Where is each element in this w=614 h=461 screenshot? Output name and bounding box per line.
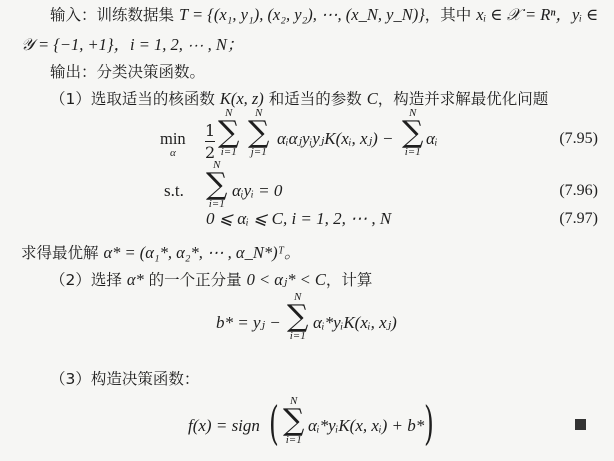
constraint-sum: N ∑ i=1 — [206, 160, 227, 210]
step2-suffix: ，计算 — [326, 271, 373, 289]
solution-line: 求得最优解 α* = (α₁*, α₂*, ⋯ , α_N*)ᵀ。 — [21, 243, 300, 263]
sigma-symbol: ∑ — [287, 299, 308, 334]
sum-lower: j=1 — [248, 147, 269, 158]
left-paren: ( — [269, 400, 279, 446]
min-operator: min α — [160, 129, 186, 157]
sum-lower: i=1 — [283, 435, 304, 446]
input-where: ，其中 — [425, 6, 472, 24]
output-line: 输出：分类决策函数。 — [50, 62, 205, 82]
step1-suffix: ，构造并求解最优化问题 — [378, 90, 549, 108]
bias-lhs: b* = yⱼ − — [216, 313, 281, 333]
bias-sum: N ∑ i=1 — [287, 292, 308, 342]
min-subscript: α — [160, 149, 186, 157]
sigma-symbol: ∑ — [218, 115, 239, 150]
output-label: 输出： — [50, 63, 97, 81]
right-paren: ) — [424, 400, 434, 446]
input-y-domain-start: ，yᵢ ∈ — [556, 5, 599, 24]
min-label: min — [160, 129, 186, 148]
objective-terms: αᵢαⱼyᵢyⱼK(xᵢ, xⱼ) − — [277, 129, 393, 149]
equation-number: (7.97) — [559, 210, 598, 228]
sum-lower: i=1 — [287, 331, 308, 342]
fraction-numerator: 1 — [205, 121, 215, 140]
step2-prefix: （2）选择 — [50, 271, 122, 289]
decision-lhs: f(x) = sign — [188, 416, 260, 436]
input-text: 训练数据集 — [97, 6, 175, 24]
input-x-domain: xᵢ ∈ 𝒳 = Rⁿ — [476, 5, 555, 24]
step-3: （3）构造决策函数： — [50, 369, 199, 389]
step3-text: （3）构造决策函数： — [50, 370, 199, 388]
bias-rhs: αᵢ*yᵢK(xᵢ, xⱼ) — [313, 313, 397, 333]
sum-j: N ∑ j=1 — [248, 108, 269, 158]
sum-lower: i=1 — [218, 147, 239, 158]
equation-number: (7.96) — [559, 182, 598, 200]
solution-formula: α* = (α₁*, α₂*, ⋯ , α_N*)ᵀ。 — [103, 243, 300, 262]
sigma-symbol: ∑ — [283, 403, 304, 438]
sigma-symbol: ∑ — [248, 115, 269, 150]
step-2: （2）选择 α* 的一个正分量 0 < αⱼ* < C，计算 — [50, 270, 372, 290]
output-text: 分类决策函数。 — [97, 63, 206, 81]
sigma-symbol: ∑ — [206, 167, 227, 202]
input-label: 输入： — [50, 6, 97, 24]
decision-sum: N ∑ i=1 — [283, 396, 304, 446]
decision-inner: αᵢ*yᵢK(x, xᵢ) + b* — [308, 416, 424, 436]
objective-tail: αᵢ — [426, 129, 438, 149]
sigma-symbol: ∑ — [402, 115, 423, 150]
step-1: （1）选取适当的核函数 K(x, z) 和适当的参数 C，构造并求解最优化问题 — [50, 89, 548, 109]
solution-label: 求得最优解 — [21, 244, 99, 262]
label-set-formula: 𝒴 = {−1, +1}，i = 1, 2, ⋯ , N； — [21, 35, 243, 54]
constraint-bounds: 0 ⩽ αᵢ ⩽ C, i = 1, 2, ⋯ , N — [206, 209, 391, 229]
fraction-bar — [205, 141, 215, 142]
equation-number: (7.95) — [559, 130, 598, 148]
param-C: C — [367, 89, 378, 108]
textbook-page: 输入：训练数据集 T = {(x₁, y₁), (x₂, y₂), ⋯, (x_… — [0, 0, 614, 461]
input-line-1: 输入：训练数据集 T = {(x₁, y₁), (x₂, y₂), ⋯, (x_… — [50, 5, 598, 25]
end-of-proof-square — [575, 419, 586, 430]
input-dataset-formula: T = {(x₁, y₁), (x₂, y₂), ⋯, (x_N, y_N)} — [179, 5, 425, 24]
positive-component-condition: 0 < αⱼ* < C — [247, 270, 326, 289]
subject-to-label: s.t. — [164, 181, 184, 201]
step1-mid: 和适当的参数 — [269, 90, 362, 108]
step2-mid: 的一个正分量 — [149, 271, 242, 289]
kernel-function: K(x, z) — [220, 89, 264, 108]
constraint-equality: αᵢyᵢ = 0 — [232, 181, 282, 201]
alpha-star: α* — [127, 270, 144, 289]
sum-i: N ∑ i=1 — [218, 108, 239, 158]
step1-prefix: （1）选取适当的核函数 — [50, 90, 215, 108]
input-line-2: 𝒴 = {−1, +1}，i = 1, 2, ⋯ , N； — [21, 35, 243, 55]
sum-lower: i=1 — [402, 147, 423, 158]
sum-i-2: N ∑ i=1 — [402, 108, 423, 158]
fraction-half: 1 2 — [205, 121, 215, 162]
